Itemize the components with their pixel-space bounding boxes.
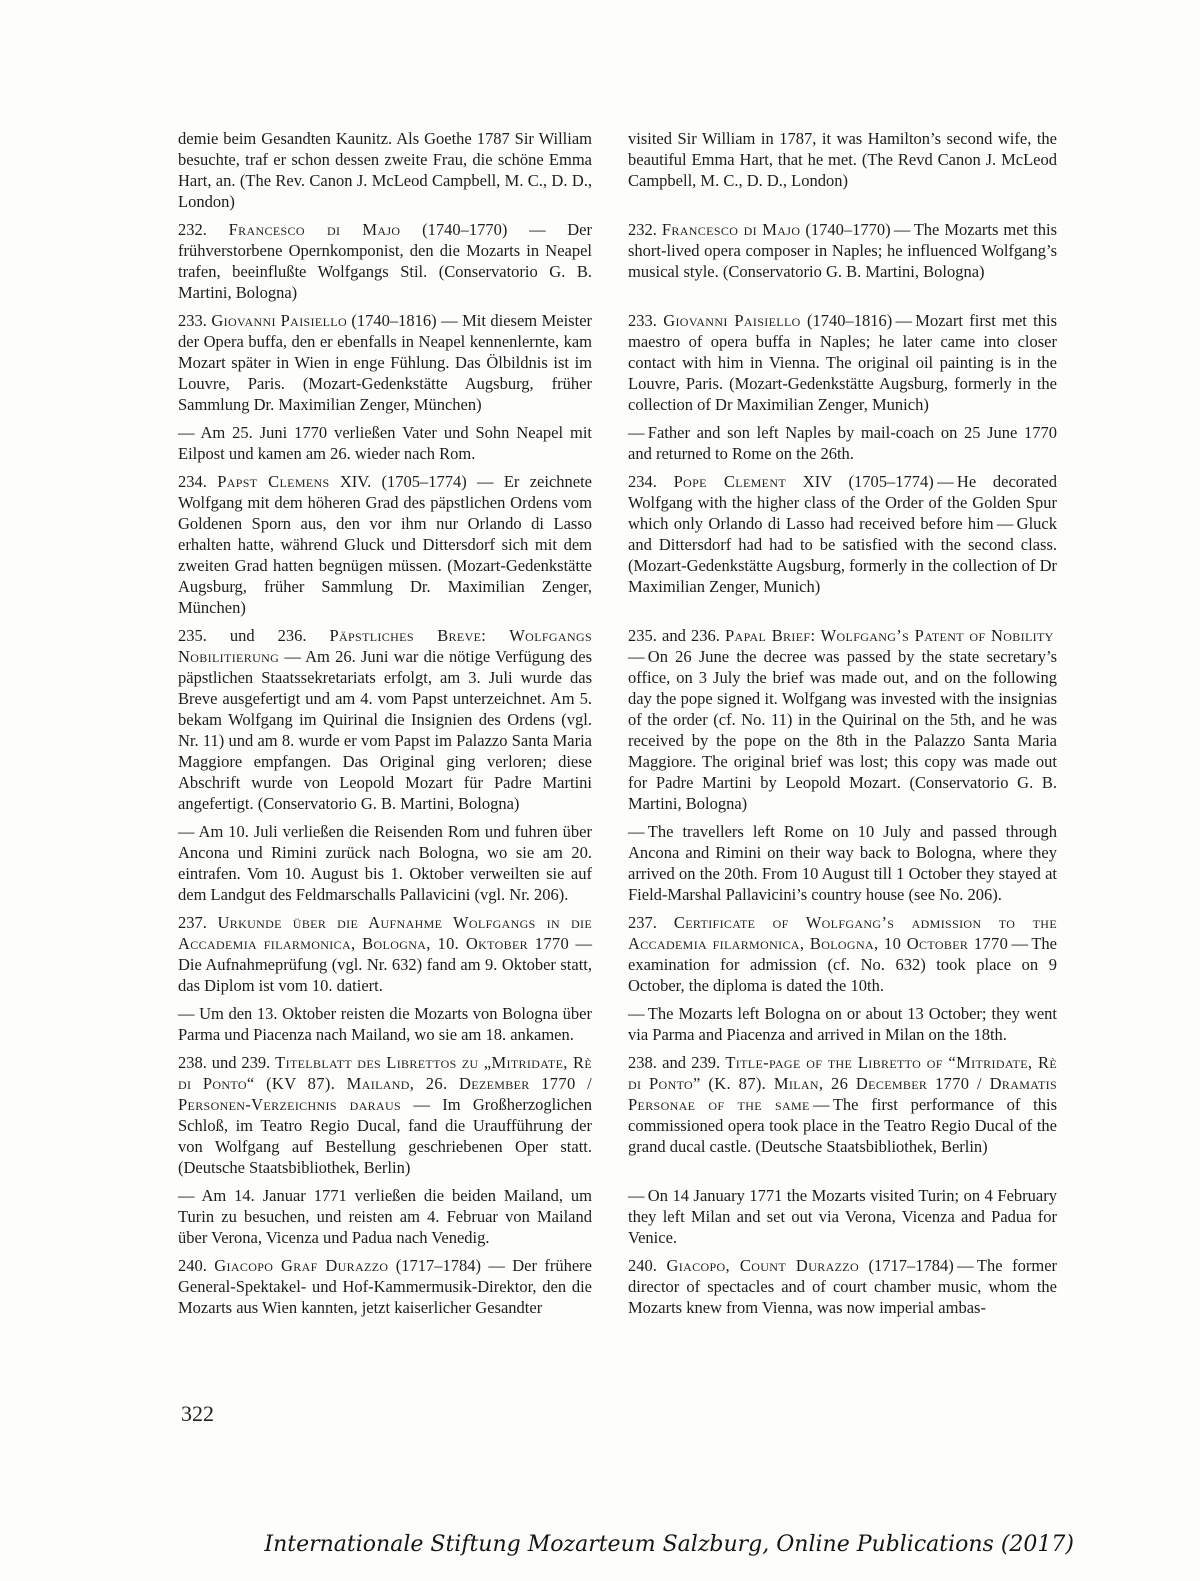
text-run: 235. und 236. xyxy=(178,626,329,645)
english-paragraph: 232. Francesco di Majo (1740–1770) — The… xyxy=(628,219,1057,303)
catalogue-entry-title: Certificate of Wolfgang’s admission to t… xyxy=(628,913,1057,953)
text-run: — Am 26. Juni war die nötige Verfügung d… xyxy=(178,647,592,813)
text-run: — The Mozarts left Bologna on or about 1… xyxy=(628,1004,1057,1044)
text-run: — On 26 June the decree was passed by th… xyxy=(628,626,1057,813)
catalogue-entry-title: Papal Brief: Wolfgang’s Patent of Nobili… xyxy=(725,626,1054,645)
section-row-3: — Am 25. Juni 1770 verließen Vater und S… xyxy=(178,422,1057,464)
section-row-11: 240. Giacopo Graf Durazzo (1717–1784) — … xyxy=(178,1255,1057,1318)
text-run: 232. xyxy=(178,220,229,239)
english-paragraph: 240. Giacopo, Count Durazzo (1717–1784) … xyxy=(628,1255,1057,1318)
catalogue-entry-title: Francesco di Majo xyxy=(662,220,800,239)
section-row-1: 232. Francesco di Majo (1740–1770) — Der… xyxy=(178,219,1057,303)
text-run: — Am 14. Januar 1771 verließen die beide… xyxy=(178,1186,592,1247)
text-run: 234. xyxy=(628,472,674,491)
page-number: 322 xyxy=(181,1401,214,1427)
english-paragraph: 238. and 239. Title-page of the Libretto… xyxy=(628,1052,1057,1178)
text-run: 232. xyxy=(628,220,662,239)
section-row-8: — Um den 13. Oktober reisten die Mozarts… xyxy=(178,1003,1057,1045)
catalogue-entry-title: Giovanni Paisiello xyxy=(663,311,800,330)
german-paragraph: 238. und 239. Titelblatt des Librettos z… xyxy=(178,1052,592,1178)
english-paragraph: visited Sir William in 1787, it was Hami… xyxy=(628,128,1057,212)
german-paragraph: 232. Francesco di Majo (1740–1770) — Der… xyxy=(178,219,592,303)
catalogue-entry-title: Pope Clement xyxy=(674,472,786,491)
text-run: — On 14 January 1771 the Mozarts visited… xyxy=(628,1186,1057,1247)
text-run: 238. and 239. xyxy=(628,1053,725,1072)
english-paragraph: 233. Giovanni Paisiello (1740–1816) — Mo… xyxy=(628,310,1057,415)
english-paragraph: 235. and 236. Papal Brief: Wolfgang’s Pa… xyxy=(628,625,1057,814)
catalogue-entry-title: Giacopo, Count Durazzo xyxy=(666,1256,859,1275)
text-run: XIV. (1705–1774) — Er zeichnete Wolfgang… xyxy=(178,472,592,617)
english-paragraph: — Father and son left Naples by mail-coa… xyxy=(628,422,1057,464)
german-paragraph: 240. Giacopo Graf Durazzo (1717–1784) — … xyxy=(178,1255,592,1318)
book-page: demie beim Gesandten Kaunitz. Als Goethe… xyxy=(0,0,1200,1581)
text-run: demie beim Gesandten Kaunitz. Als Goethe… xyxy=(178,129,592,211)
section-row-7: 237. Urkunde über die Aufnahme Wolfgangs… xyxy=(178,912,1057,996)
publisher-credit: Internationale Stiftung Mozarteum Salzbu… xyxy=(264,1532,1074,1557)
catalogue-entry-title: Francesco di Majo xyxy=(229,220,401,239)
text-run: — Am 25. Juni 1770 verließen Vater und S… xyxy=(178,423,592,463)
german-paragraph: — Am 14. Januar 1771 verließen die beide… xyxy=(178,1185,592,1248)
german-paragraph: 237. Urkunde über die Aufnahme Wolfgangs… xyxy=(178,912,592,996)
text-run: visited Sir William in 1787, it was Hami… xyxy=(628,129,1057,190)
catalogue-entry-title: Giacopo Graf Durazzo xyxy=(214,1256,388,1275)
german-paragraph: — Am 25. Juni 1770 verließen Vater und S… xyxy=(178,422,592,464)
english-paragraph: — On 14 January 1771 the Mozarts visited… xyxy=(628,1185,1057,1248)
english-paragraph: 234. Pope Clement XIV (1705–1774) — He d… xyxy=(628,471,1057,618)
catalogue-entry-title: Giovanni Paisiello xyxy=(211,311,347,330)
german-paragraph: 233. Giovanni Paisiello (1740–1816) — Mi… xyxy=(178,310,592,415)
catalogue-entry-title: Papst Clemens xyxy=(217,472,329,491)
english-paragraph: 237. Certificate of Wolfgang’s admission… xyxy=(628,912,1057,996)
section-row-2: 233. Giovanni Paisiello (1740–1816) — Mi… xyxy=(178,310,1057,415)
german-paragraph: — Am 10. Juli verließen die Reisenden Ro… xyxy=(178,821,592,905)
text-run: — The travellers left Rome on 10 July an… xyxy=(628,822,1057,904)
section-row-0: demie beim Gesandten Kaunitz. Als Goethe… xyxy=(178,128,1057,212)
text-run: 240. xyxy=(178,1256,214,1275)
german-paragraph: demie beim Gesandten Kaunitz. Als Goethe… xyxy=(178,128,592,212)
text-run: — Father and son left Naples by mail-coa… xyxy=(628,423,1057,463)
german-paragraph: 235. und 236. Päpstliches Breve: Wolfgan… xyxy=(178,625,592,814)
text-run: 233. xyxy=(628,311,663,330)
english-paragraph: — The travellers left Rome on 10 July an… xyxy=(628,821,1057,905)
section-row-10: — Am 14. Januar 1771 verließen die beide… xyxy=(178,1185,1057,1248)
two-column-text: demie beim Gesandten Kaunitz. Als Goethe… xyxy=(178,128,1057,1318)
text-run: 238. und 239. xyxy=(178,1053,275,1072)
section-row-6: — Am 10. Juli verließen die Reisenden Ro… xyxy=(178,821,1057,905)
catalogue-entry-title: Urkunde über die Aufnahme Wolfgangs in d… xyxy=(178,913,592,953)
text-run: 240. xyxy=(628,1256,666,1275)
section-row-9: 238. und 239. Titelblatt des Librettos z… xyxy=(178,1052,1057,1178)
section-row-5: 235. und 236. Päpstliches Breve: Wolfgan… xyxy=(178,625,1057,814)
text-run: 234. xyxy=(178,472,217,491)
text-run: 235. and 236. xyxy=(628,626,725,645)
text-run: — Um den 13. Oktober reisten die Mozarts… xyxy=(178,1004,592,1044)
text-run: 237. xyxy=(628,913,674,932)
german-paragraph: 234. Papst Clemens XIV. (1705–1774) — Er… xyxy=(178,471,592,618)
section-row-4: 234. Papst Clemens XIV. (1705–1774) — Er… xyxy=(178,471,1057,618)
text-run: 237. xyxy=(178,913,217,932)
text-run: — Am 10. Juli verließen die Reisenden Ro… xyxy=(178,822,592,904)
text-run: 233. xyxy=(178,311,211,330)
english-paragraph: — The Mozarts left Bologna on or about 1… xyxy=(628,1003,1057,1045)
german-paragraph: — Um den 13. Oktober reisten die Mozarts… xyxy=(178,1003,592,1045)
